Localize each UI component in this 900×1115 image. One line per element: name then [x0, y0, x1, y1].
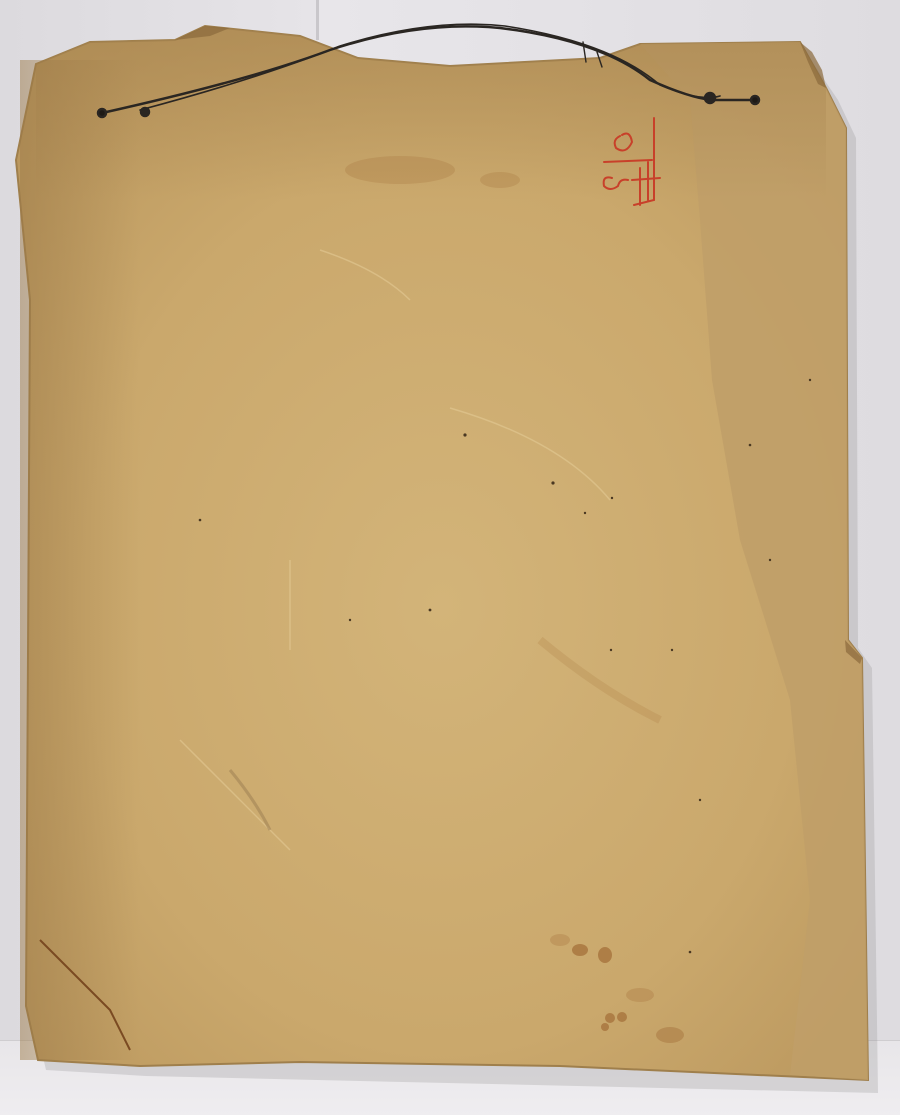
plaque-photo [0, 0, 900, 1115]
